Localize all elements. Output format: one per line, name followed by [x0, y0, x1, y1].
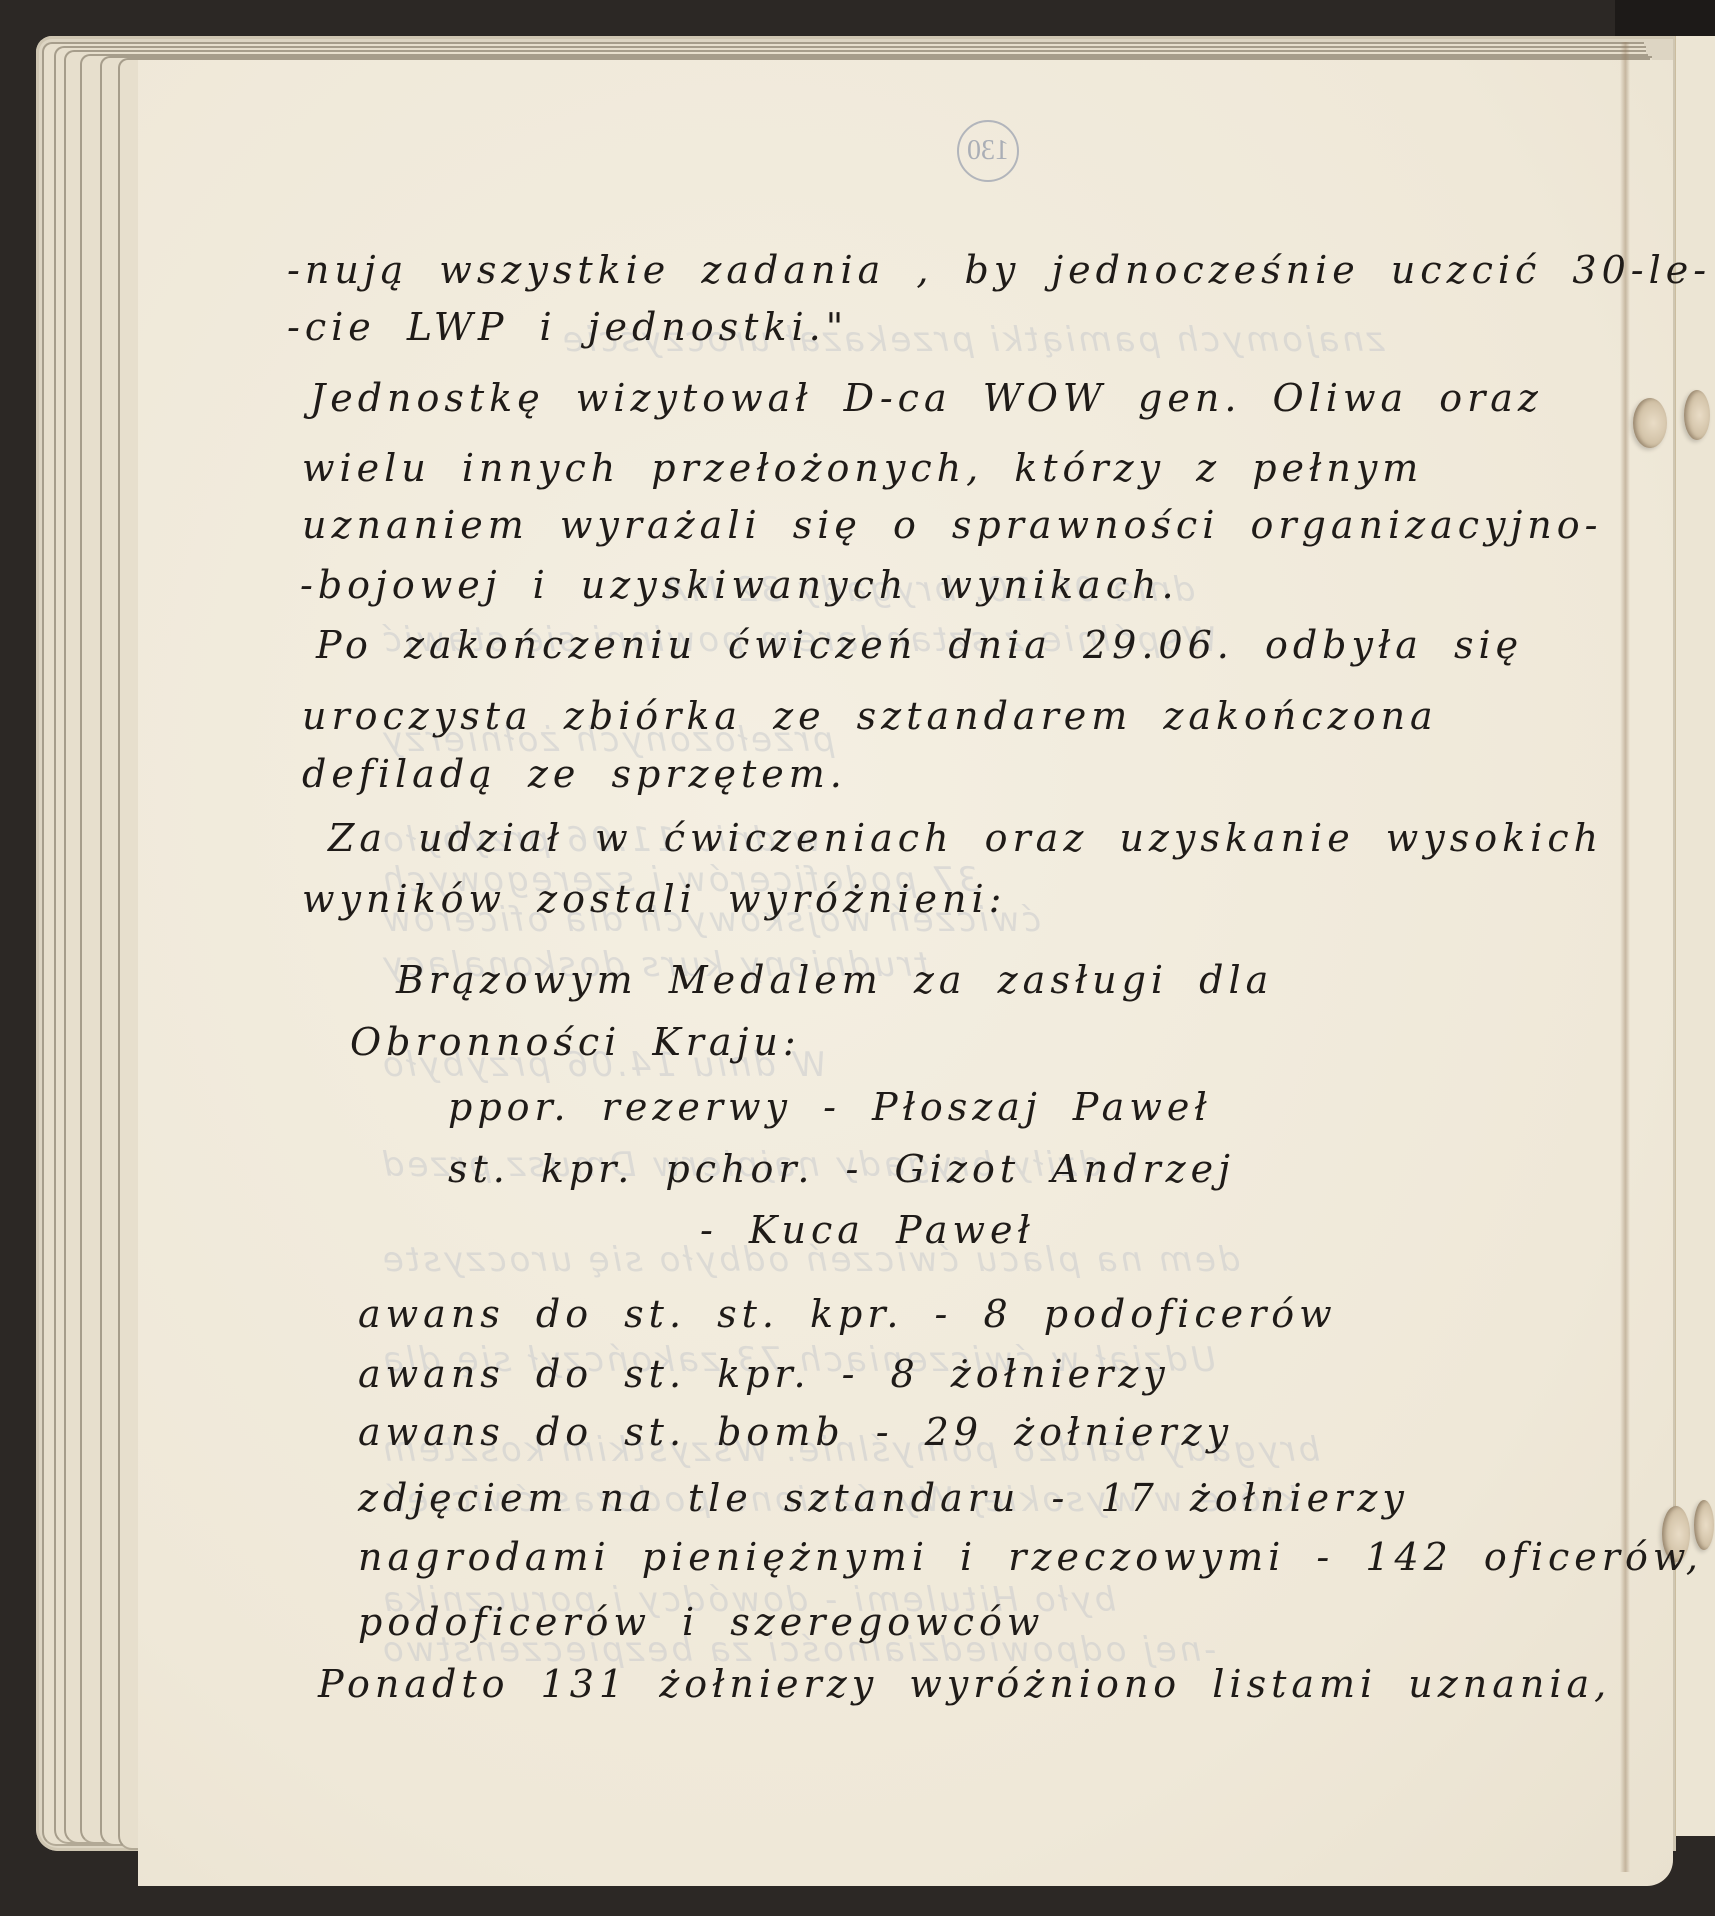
text-line: -cie LWP i jednostki."	[287, 305, 848, 349]
text-line: awans do st. st. kpr. - 8 podoficerów	[358, 1292, 1337, 1336]
text-line: wielu innych przełożonych, którzy z pełn…	[302, 446, 1423, 490]
text-line: st. kpr. pchor. - Gizot Andrzej	[448, 1147, 1235, 1191]
punch-hole	[1684, 390, 1710, 440]
text-line: wyników zostali wyróżnieni:	[302, 877, 1006, 921]
text-line: Jednostkę wizytował D-ca WOW gen. Oliwa …	[310, 376, 1543, 420]
text-line: -nują wszystkie zadania , by jednocześni…	[287, 248, 1711, 292]
punch-hole	[1633, 398, 1667, 448]
text-line: zdjęciem na tle sztandaru - 17 żołnierzy	[358, 1476, 1409, 1520]
background-dark-corner	[1615, 0, 1715, 36]
text-line: Obronności Kraju:	[350, 1020, 801, 1064]
text-line: ppor. rezerwy - Płoszaj Paweł	[448, 1085, 1212, 1129]
text-line: uznaniem wyrażali się o sprawności organ…	[302, 503, 1603, 547]
text-line: uroczysta zbiórka ze sztandarem zakończo…	[302, 694, 1438, 738]
text-line: Ponadto 131 żołnierzy wyróżniono listami…	[318, 1662, 1611, 1706]
text-line: Brązowym Medalem za zasługi dla	[396, 958, 1273, 1002]
text-line: Za udział w ćwiczeniach oraz uzyskanie w…	[328, 816, 1603, 860]
text-line: - Kuca Paweł	[700, 1208, 1035, 1252]
page-number-stamp: 130	[957, 120, 1019, 182]
text-line: -bojowej i uzyskiwanych wynikach.	[300, 563, 1179, 607]
text-line: awans do st. bomb - 29 żołnierzy	[358, 1410, 1233, 1454]
text-line: defiladą ze sprzętem.	[302, 752, 847, 796]
text-line: awans do st. kpr. - 8 żołnierzy	[358, 1352, 1170, 1396]
text-line: nagrodami pieniężnymi i rzeczowymi - 142…	[358, 1535, 1703, 1579]
text-line: podoficerów i szeregowców	[358, 1600, 1044, 1644]
text-line: Po zakończeniu ćwiczeń dnia 29.06. odbył…	[316, 623, 1523, 667]
gutter-shadow	[1620, 42, 1630, 1872]
scanned-book-spread: 130 znajomych pamiątki przekazał uroczyś…	[0, 0, 1715, 1916]
